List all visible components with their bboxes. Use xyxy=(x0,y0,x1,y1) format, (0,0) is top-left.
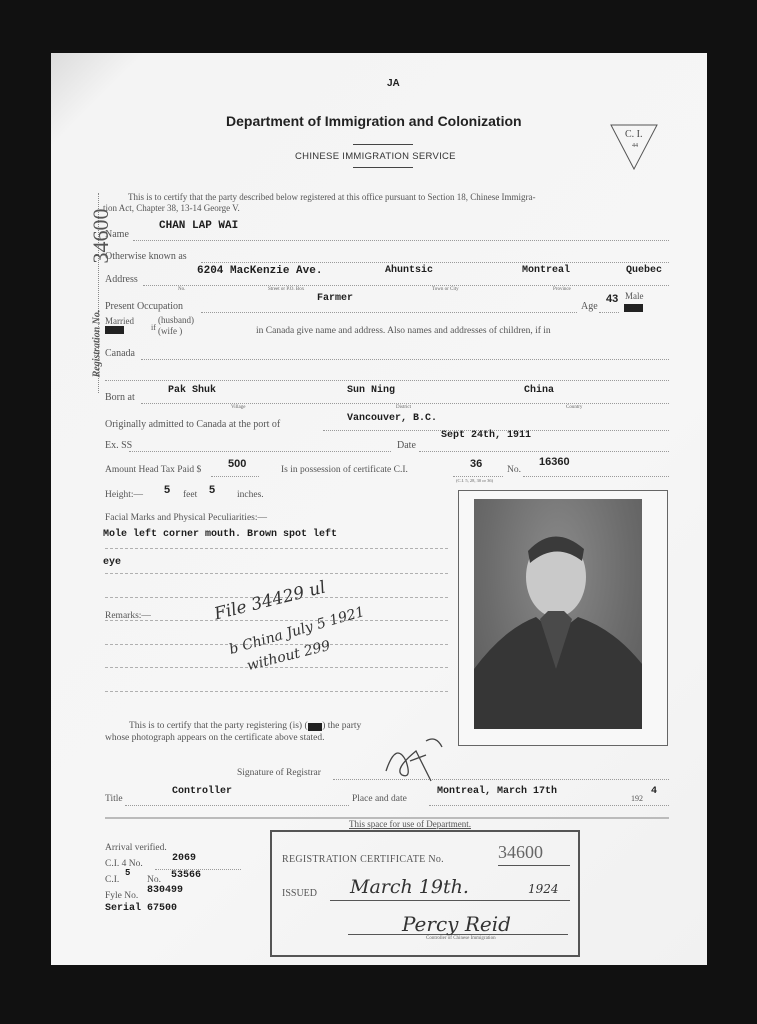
address-sub-no: No. xyxy=(178,287,185,292)
registration-certificate-document: JA Department of Immigration and Coloniz… xyxy=(51,53,707,965)
marital-instructions: in Canada give name and address. Also na… xyxy=(256,326,551,336)
ci-num: 5 xyxy=(125,868,130,878)
portrait-photo xyxy=(474,499,642,729)
arrival-heading: Arrival verified. xyxy=(105,843,167,853)
form-badge-line1: C. I. xyxy=(625,129,643,140)
photo-frame xyxy=(458,490,668,746)
height-label: Height:— xyxy=(105,490,143,500)
ci4-label: C.I. 4 No. xyxy=(105,859,143,869)
born-label: Born at xyxy=(105,392,135,403)
certify-text-a: This is to certify that the party regist… xyxy=(129,721,308,731)
occupation-label: Present Occupation xyxy=(105,301,183,312)
certificate-no-value: 16360 xyxy=(539,456,570,468)
certificate-value: 36 xyxy=(470,458,482,470)
certify-text-b: ) the party xyxy=(322,721,361,731)
date-line xyxy=(419,451,669,452)
marital-if: if xyxy=(151,323,156,332)
head-tax-label: Amount Head Tax Paid $ xyxy=(105,465,201,475)
portrait-silhouette-icon xyxy=(474,499,642,729)
service-subtitle: CHINESE IMMIGRATION SERVICE xyxy=(295,151,456,162)
born-district-value: Sun Ning xyxy=(347,385,395,396)
cert-number: 34600 xyxy=(498,842,543,863)
year-prefix: 192 xyxy=(631,794,643,803)
controller-signature: Percy Reid xyxy=(402,912,511,936)
place-label: Place and date xyxy=(352,794,407,804)
sex-struck-text: XXXX xyxy=(624,304,643,312)
ci4-value: 2069 xyxy=(172,853,196,864)
ex-ss-label: Ex. SS xyxy=(105,440,132,451)
issued-year: 1924 xyxy=(528,882,559,896)
address-sub-street: Street or P.O. Box xyxy=(268,287,304,292)
born-sub-country: Country xyxy=(566,405,582,410)
born-sub-district: District xyxy=(396,405,411,410)
date-label: Date xyxy=(397,440,416,451)
sex-male-label: Male xyxy=(625,291,644,301)
registrar-signature-icon xyxy=(376,731,446,789)
certify-line-2: whose photograph appears on the certific… xyxy=(105,733,324,743)
fyle-label: Fyle No. xyxy=(105,891,138,901)
ci-no-value: 53566 xyxy=(171,870,201,881)
address-sub-province: Province xyxy=(553,287,571,292)
title-label: Title xyxy=(105,794,123,804)
name-line xyxy=(133,240,669,241)
place-line xyxy=(429,805,669,806)
intro-line-2: tion Act, Chapter 38, 13-14 George V. xyxy=(103,203,240,213)
department-box-caption: This space for use of Department. xyxy=(349,819,471,829)
address-street-value: 6204 MacKenzie Ave. xyxy=(197,265,322,277)
name-label: Name xyxy=(105,229,129,240)
form-badge-line2: 44 xyxy=(632,143,638,149)
department-box: REGISTRATION CERTIFICATE No. 34600 ISSUE… xyxy=(270,830,580,957)
intro-line-1: This is to certify that the party descri… xyxy=(128,192,535,202)
address-sub-town: Town or City xyxy=(432,287,459,292)
occupation-value: Farmer xyxy=(317,293,353,304)
canada-label: Canada xyxy=(105,348,135,359)
canada-line-1 xyxy=(141,359,669,360)
otherwise-known-line xyxy=(201,262,669,263)
date-value: Sept 24th, 1911 xyxy=(441,430,531,441)
address-extra-value: Quebec xyxy=(626,265,662,276)
title-value: Controller xyxy=(172,786,232,797)
facial-line-2: eye xyxy=(103,557,121,568)
address-town-value: Ahuntsic xyxy=(385,265,433,276)
issued-value: March 19th. xyxy=(350,876,469,898)
ex-ss-line xyxy=(129,451,391,452)
facial-rule-1 xyxy=(105,548,448,549)
remarks-rule-4 xyxy=(105,691,448,692)
header-rule-top xyxy=(353,144,413,145)
issued-rule xyxy=(330,900,570,901)
facial-label: Facial Marks and Physical Peculiarities:… xyxy=(105,513,267,523)
born-line xyxy=(141,403,669,404)
occupation-line xyxy=(201,312,577,313)
certificate-no-line xyxy=(523,476,669,477)
ci-label: C.I. xyxy=(105,875,119,885)
issued-label: ISSUED xyxy=(282,888,317,899)
cert-number-rule xyxy=(498,865,570,866)
height-feet-label: feet xyxy=(183,490,197,500)
age-label: Age xyxy=(581,301,598,312)
title-line xyxy=(125,805,349,806)
facial-rule-2 xyxy=(105,573,448,574)
canada-line-2 xyxy=(105,380,669,381)
address-label: Address xyxy=(105,274,138,285)
born-country-value: China xyxy=(524,385,554,396)
marital-husband: (husband) xyxy=(158,315,194,325)
age-line xyxy=(599,312,619,313)
remarks-rule-1 xyxy=(105,620,448,621)
head-tax-line xyxy=(211,476,259,477)
admitted-value: Vancouver, B.C. xyxy=(347,413,437,424)
header-rule-bottom xyxy=(353,167,413,168)
otherwise-known-label: Otherwise known as xyxy=(105,251,187,262)
fyle-value: 830499 xyxy=(147,885,183,896)
certificate-label: Is in possession of certificate C.I. xyxy=(281,465,408,475)
cert-label: REGISTRATION CERTIFICATE No. xyxy=(282,854,444,865)
year-suffix: 4 xyxy=(651,786,657,797)
height-feet-value: 5 xyxy=(164,484,170,496)
married-label: Married xyxy=(105,316,134,326)
place-value: Montreal, March 17th xyxy=(437,786,557,797)
certify-struck: XXX xyxy=(308,723,323,731)
certificate-line xyxy=(453,476,503,477)
signer-title: Controller of Chinese Immigration xyxy=(426,936,496,941)
name-value: CHAN LAP WAI xyxy=(159,220,238,232)
ci-no-label: No. xyxy=(147,875,161,885)
address-province-value: Montreal xyxy=(522,265,570,276)
marital-wife: (wife ) xyxy=(158,326,182,336)
height-inches-label: inches. xyxy=(237,490,264,500)
age-value: 43 xyxy=(606,293,618,305)
born-village-value: Pak Shuk xyxy=(168,385,216,396)
single-struck-text: XXXX xyxy=(105,326,124,334)
department-title: Department of Immigration and Colonizati… xyxy=(226,113,522,129)
certificate-no-label: No. xyxy=(507,465,521,475)
certificate-sub: (C.I. 5, 28, 30 or 36) xyxy=(456,478,493,483)
facial-line-1: Mole left corner mouth. Brown spot left xyxy=(103,529,337,540)
born-sub-village: Village xyxy=(231,405,245,410)
address-line xyxy=(143,285,669,286)
serial-value: Serial 67500 xyxy=(105,903,177,914)
form-code: JA xyxy=(387,78,400,89)
head-tax-value: 500 xyxy=(228,458,246,470)
admitted-label: Originally admitted to Canada at the por… xyxy=(105,419,280,430)
remarks-handwriting-1: File 34429 ul xyxy=(212,578,327,625)
side-registration-label: Registration No. xyxy=(92,284,103,404)
signature-label: Signature of Registrar xyxy=(237,768,321,778)
certify-line-1: This is to certify that the party regist… xyxy=(129,721,361,731)
height-inches-value: 5 xyxy=(209,484,215,496)
